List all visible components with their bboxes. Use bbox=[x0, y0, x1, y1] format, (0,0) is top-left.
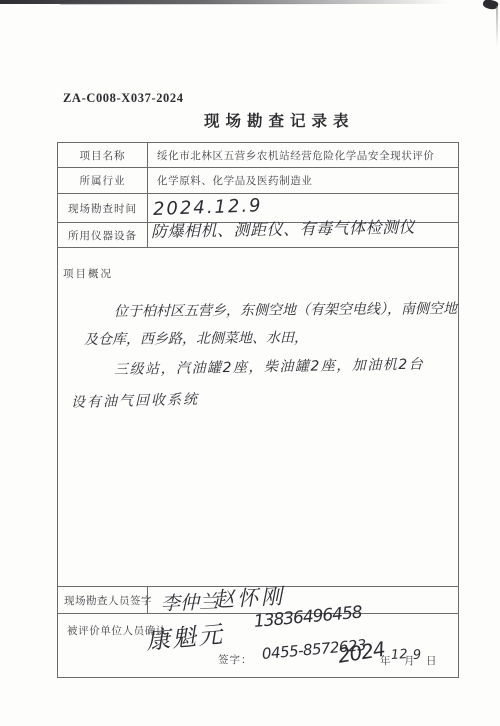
industry-label: 所属行业 bbox=[58, 168, 148, 193]
surveyor-signature-1: 李仲兰 bbox=[161, 587, 219, 616]
survey-time-label: 现场勘查时间 bbox=[58, 194, 148, 222]
project-name-value: 绥化市北林区五营乡农机站经营危险化学品安全现状评价 bbox=[148, 143, 458, 167]
overview-label: 项目概况 bbox=[63, 266, 113, 281]
sign-here-label: 签字： bbox=[218, 652, 253, 667]
day-unit-label: 日 bbox=[426, 653, 438, 668]
handwritten-equipment: 防爆相机、测距仪、有毒气体检测仪 bbox=[151, 214, 415, 242]
row-project-name: 项目名称 绥化市北林区五营乡农机站经营危险化学品安全现状评价 bbox=[58, 143, 458, 168]
row-industry: 所属行业 化学原料、化学品及医药制造业 bbox=[58, 168, 458, 194]
handwritten-survey-date: 2024.12.9 bbox=[153, 195, 263, 220]
handwritten-overview-line-2: 及仓库，西乡路，北侧菜地、水田， bbox=[84, 327, 308, 349]
equipment-label: 所用仪器设备 bbox=[58, 223, 148, 247]
scan-right-edge-line bbox=[496, 6, 498, 46]
industry-value: 化学原料、化学品及医药制造业 bbox=[148, 168, 458, 193]
handwritten-overview-line-1: 位于柏村区五营乡，东侧空地（有架空电线），南侧空地 bbox=[114, 298, 457, 321]
year-unit-label: 年 bbox=[380, 653, 392, 668]
scan-edge-shadow-faint bbox=[60, 3, 360, 5]
surveyor-signature-label: 现场勘查人员签字 bbox=[58, 587, 148, 613]
surveyor-signature-2: 赵怀刚 bbox=[212, 580, 285, 614]
handwritten-overview-line-4: 设有油气回收系统 bbox=[71, 389, 199, 412]
confirmer-signature: 康魁元 bbox=[144, 614, 225, 656]
form-title: 现场勘查记录表 bbox=[204, 109, 355, 131]
scanned-form-page: ZA-C008-X037-2024 现场勘查记录表 项目名称 绥化市北林区五营乡… bbox=[0, 0, 500, 726]
doc-code: ZA-C008-X037-2024 bbox=[63, 91, 184, 106]
handwritten-day: 9 bbox=[413, 648, 422, 663]
project-name-label: 项目名称 bbox=[58, 143, 148, 167]
